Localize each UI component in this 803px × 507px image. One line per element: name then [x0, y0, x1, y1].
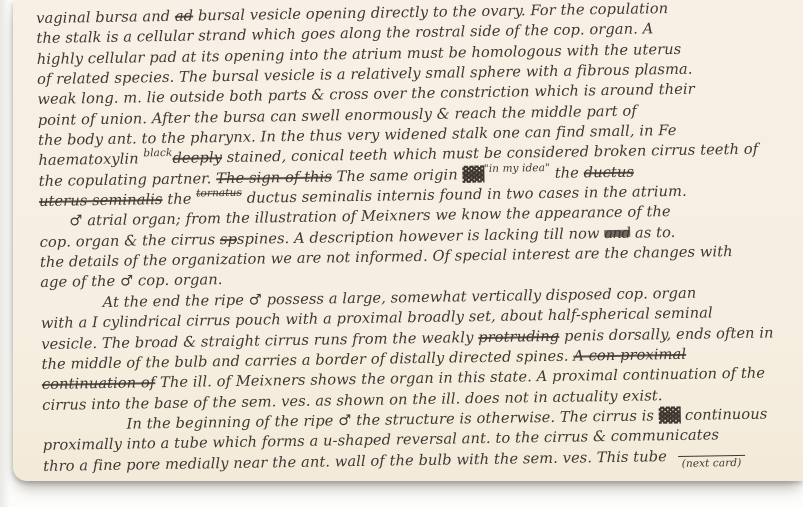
- struck-out-text: protruding: [478, 327, 559, 345]
- struck-out-text: ductus: [584, 163, 635, 181]
- scribbled-out-text: and: [604, 224, 630, 241]
- scribbled-out-text: ▓▓: [462, 166, 484, 183]
- struck-out-text: uterus seminalis: [39, 191, 163, 210]
- handwritten-text: age of the ♂ cop. organ.: [40, 272, 222, 292]
- handwritten-text: the: [162, 191, 196, 209]
- handwritten-text: continuous: [680, 405, 767, 423]
- struck-out-text: The sign of this: [216, 168, 332, 187]
- struck-out-text: deeply: [172, 150, 222, 168]
- struck-out-text: sp: [220, 231, 237, 248]
- next-card-note: (next card): [678, 454, 746, 469]
- card-lines: vaginal bursa and ad bursal vesicle open…: [36, 0, 803, 477]
- handwritten-text: haematoxylin: [38, 151, 143, 170]
- handwritten-text: the: [550, 164, 584, 182]
- struck-out-text: continuation of: [42, 374, 156, 393]
- handwritten-text: vaginal bursa and: [36, 8, 175, 27]
- scanned-page-background: vaginal bursa and ad bursal vesicle open…: [0, 0, 803, 507]
- inserted-struck-text: tornatus: [196, 187, 242, 200]
- handwritten-text: as to.: [630, 224, 675, 242]
- scribbled-out-text: ▓▓: [659, 407, 681, 424]
- inserted-text-above-line: black: [143, 147, 172, 159]
- inserted-text-above-line: "in my idea": [484, 162, 550, 175]
- handwritten-text: The same origin: [332, 166, 463, 185]
- struck-out-text: A con proximal: [573, 346, 686, 365]
- handwritten-text: penis dorsally, ends often in: [559, 324, 774, 344]
- index-card: vaginal bursa and ad bursal vesicle open…: [13, 0, 803, 481]
- struck-out-text: ad: [175, 8, 194, 25]
- handwritten-text: cop. organ & the cirrus: [40, 231, 221, 251]
- handwritten-text: the copulating partner.: [39, 170, 217, 190]
